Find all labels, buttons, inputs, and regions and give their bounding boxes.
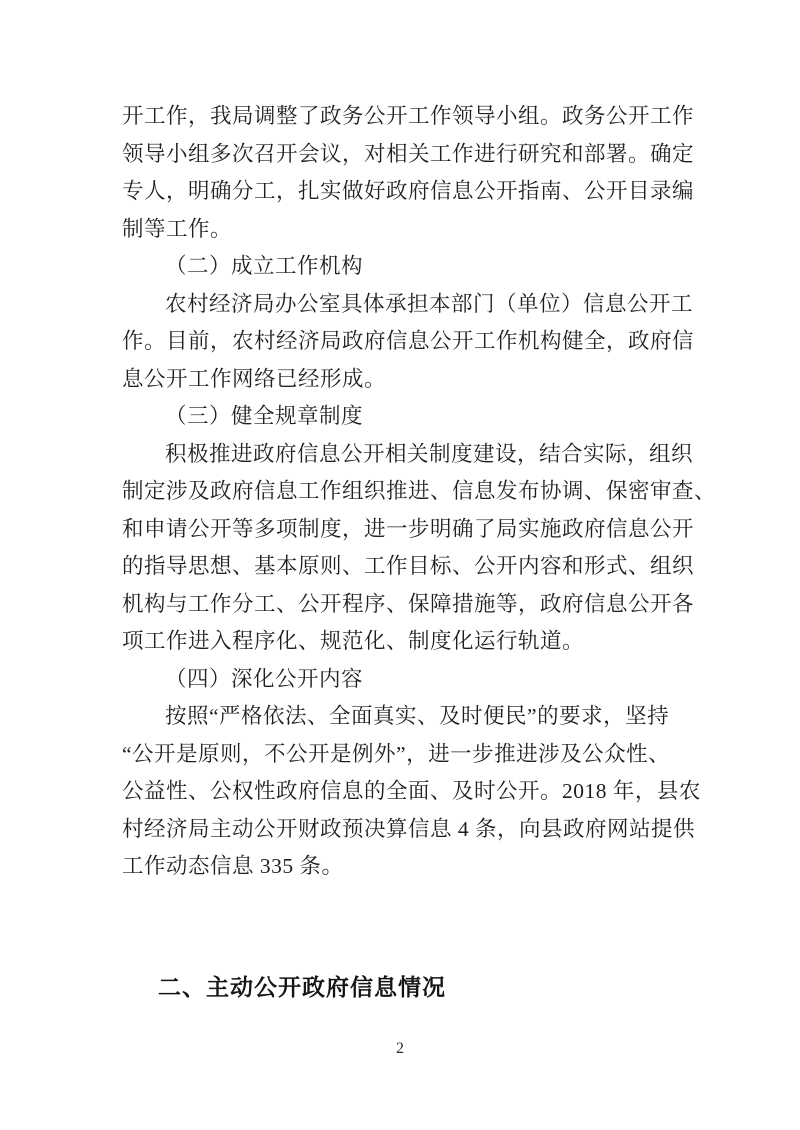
body-line: 的指导思想、基本原则、工作目标、公开内容和形式、组织 [122, 548, 688, 586]
subsection-heading-4: （四）深化公开内容 [122, 661, 688, 699]
body-line: 积极推进政府信息公开相关制度建设，结合实际，组织 [122, 436, 688, 474]
subsection-heading-2: （二）成立工作机构 [122, 248, 688, 286]
body-line: 公益性、公权性政府信息的全面、及时公开。2018 年，县农 [122, 773, 688, 811]
body-line: 按照“严格依法、全面真实、及时便民”的要求，坚持 [122, 698, 688, 736]
section-heading: 二、主动公开政府信息情况 [158, 972, 446, 1002]
document-page: 开工作，我局调整了政务公开工作领导小组。政务公开工作 领导小组多次召开会议，对相… [0, 0, 800, 1130]
body-line: 项工作进入程序化、规范化、制度化运行轨道。 [122, 623, 688, 661]
body-line: 农村经济局办公室具体承担本部门（单位）信息公开工 [122, 286, 688, 324]
subsection-heading-3: （三）健全规章制度 [122, 398, 688, 436]
body-line: 制等工作。 [122, 211, 688, 249]
body-line: 机构与工作分工、公开程序、保障措施等，政府信息公开各 [122, 586, 688, 624]
page-number: 2 [0, 1040, 800, 1058]
body-line: 息公开工作网络已经形成。 [122, 361, 688, 399]
body-line: 村经济局主动公开财政预决算信息 4 条，向县政府网站提供 [122, 811, 688, 849]
body-line: 作。目前，农村经济局政府信息公开工作机构健全，政府信 [122, 323, 688, 361]
body-line: 制定涉及政府信息工作组织推进、信息发布协调、保密审查、 [122, 473, 688, 511]
body-line: 领导小组多次召开会议，对相关工作进行研究和部署。确定 [122, 136, 688, 174]
body-line: 专人，明确分工，扎实做好政府信息公开指南、公开目录编 [122, 173, 688, 211]
body-line: 开工作，我局调整了政务公开工作领导小组。政务公开工作 [122, 98, 688, 136]
body-line: 和申请公开等多项制度，进一步明确了局实施政府信息公开 [122, 511, 688, 549]
document-body: 开工作，我局调整了政务公开工作领导小组。政务公开工作 领导小组多次召开会议，对相… [122, 98, 688, 886]
body-line: “公开是原则，不公开是例外”，进一步推进涉及公众性、 [122, 736, 688, 774]
body-line: 工作动态信息 335 条。 [122, 848, 688, 886]
